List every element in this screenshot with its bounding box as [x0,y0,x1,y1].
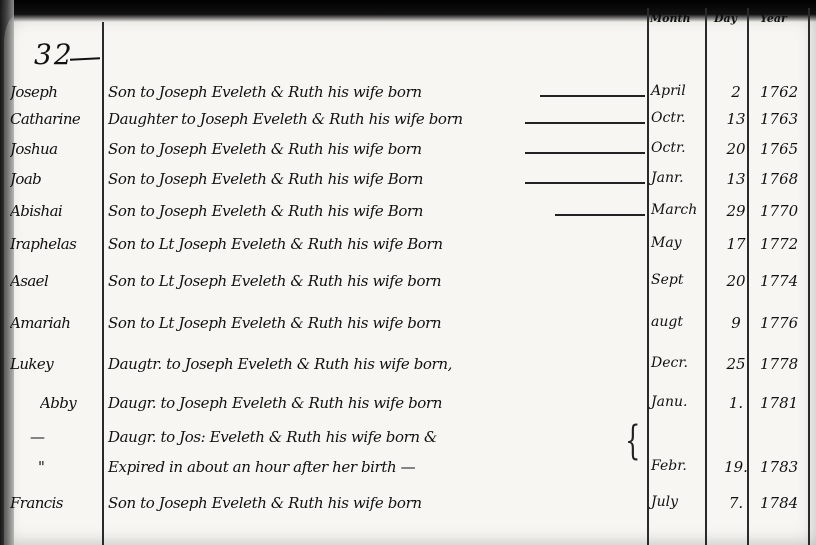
entry-year: 1763 [760,110,816,128]
entry-month: July [651,494,705,510]
register-entry: Asael Son to Lt Joseph Eveleth & Ruth hi… [0,272,816,302]
register-entry: Abishai Son to Joseph Eveleth & Ruth his… [0,202,816,232]
fill-line [555,214,645,216]
entry-year: 1776 [760,314,816,332]
entry-year: 1770 [760,202,816,220]
register-entry: Amariah Son to Lt Joseph Eveleth & Ruth … [0,314,816,344]
entry-description: Expired in about an hour after her birth… [108,458,415,476]
entry-description: Daugr. to Joseph Eveleth & Ruth his wife… [108,394,442,412]
entry-year: 1778 [760,355,816,373]
entry-month: Febr. [651,458,705,474]
bracket-mark: { [625,418,640,464]
register-entry: Joab Son to Joseph Eveleth & Ruth his wi… [0,170,816,200]
entry-day: 20 [716,272,756,290]
entry-month: Octr. [651,140,705,156]
register-entry: Joseph Son to Joseph Eveleth & Ruth his … [0,83,816,113]
entry-name: Abishai [10,202,102,220]
register-entry: — Daugr. to Jos: Eveleth & Ruth his wife… [0,428,816,458]
entry-year: 1768 [760,170,816,188]
entry-month: April [651,83,705,99]
entry-year: 1765 [760,140,816,158]
entry-description: Son to Joseph Eveleth & Ruth his wife bo… [108,83,422,101]
fill-line [540,95,645,97]
entry-year: 1772 [760,235,816,253]
entry-description: Son to Joseph Eveleth & Ruth his wife Bo… [108,202,423,220]
entry-description: Son to Joseph Eveleth & Ruth his wife bo… [108,494,422,512]
register-entry: Lukey Daugtr. to Joseph Eveleth & Ruth h… [0,355,816,385]
entry-description: Son to Lt Joseph Eveleth & Ruth his wife… [108,272,441,290]
entry-description: Son to Joseph Eveleth & Ruth his wife bo… [108,140,422,158]
entry-day: 13 [716,110,756,128]
page-number: 32 [34,38,74,71]
entry-day: 20 [716,140,756,158]
register-entry: Francis Son to Joseph Eveleth & Ruth his… [0,494,816,524]
register-entry: Catharine Daughter to Joseph Eveleth & R… [0,110,816,140]
entry-name: Asael [10,272,102,290]
entry-description: Son to Joseph Eveleth & Ruth his wife Bo… [108,170,423,188]
scan-top-edge [0,0,816,22]
register-entry: Joshua Son to Joseph Eveleth & Ruth his … [0,140,816,170]
fill-line [525,152,645,154]
entry-description: Daugtr. to Joseph Eveleth & Ruth his wif… [108,355,452,373]
entry-name: Amariah [10,314,102,332]
entry-month: May [651,235,705,251]
fill-line [525,182,645,184]
entry-name: Francis [10,494,102,512]
entry-day: 29 [716,202,756,220]
register-entry: Iraphelas Son to Lt Joseph Eveleth & Rut… [0,235,816,265]
entry-year: 1774 [760,272,816,290]
column-header-month: Month [650,12,691,25]
entry-year: 1784 [760,494,816,512]
entry-day: 2 [716,83,756,101]
entry-name: Joab [10,170,102,188]
entry-month: Janu. [651,394,705,410]
entry-description: Daugr. to Jos: Eveleth & Ruth his wife b… [108,428,437,446]
entry-month: Octr. [651,110,705,126]
entry-name: Joshua [10,140,102,158]
entry-day: 17 [716,235,756,253]
entry-year: 1762 [760,83,816,101]
entry-day: 7. [716,494,756,512]
entry-name: Lukey [10,355,102,373]
entry-month: Janr. [651,170,705,186]
register-entry: Abby Daugr. to Joseph Eveleth & Ruth his… [0,394,816,424]
entry-month: Sept [651,272,705,288]
entry-day: 9 [716,314,756,332]
entry-day: 1. [716,394,756,412]
entry-year: 1781 [760,394,816,412]
entry-name: Joseph [10,83,102,101]
entry-day: 13 [716,170,756,188]
entry-description: Daughter to Joseph Eveleth & Ruth his wi… [108,110,463,128]
entry-description: Son to Lt Joseph Eveleth & Ruth his wife… [108,235,443,253]
fill-line [525,122,645,124]
entry-name: Iraphelas [10,235,102,253]
entry-year: 1783 [760,458,816,476]
entry-description: Son to Lt Joseph Eveleth & Ruth his wife… [108,314,441,332]
entry-day: 25 [716,355,756,373]
column-header-day: Day [714,12,737,25]
entry-month: augt [651,314,705,330]
entry-month: March [651,202,705,218]
entry-day: 19. [716,458,756,476]
entry-name: Catharine [10,110,102,128]
column-header-year: Year [760,12,787,25]
register-entry: " Expired in about an hour after her bir… [0,458,816,488]
entry-month: Decr. [651,355,705,371]
